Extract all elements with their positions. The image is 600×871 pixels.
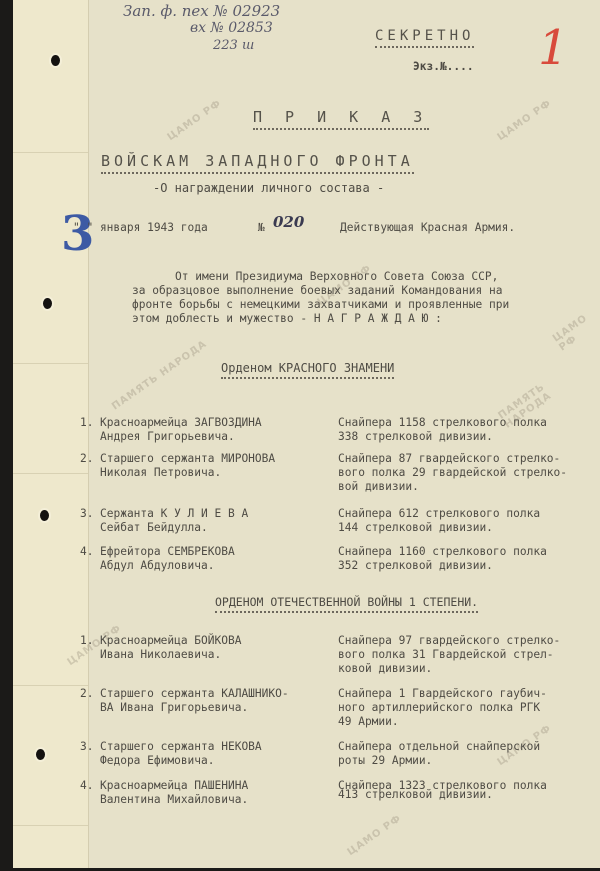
recipient-unit: 49 Армии. [338,715,399,729]
watermark: ЦАМО РФ [496,98,554,143]
order-title: П Р И К А З [253,108,429,130]
preamble-line: фронте борьбы с немецкими захватчиками и… [132,298,509,312]
classification-stamp: СЕКРЕТНО [375,28,474,48]
recipient-name: Старшего сержанта МИРОНОВА [100,452,275,466]
recipient-unit: 338 стрелковой дивизии. [338,430,493,444]
binding-hole [51,55,60,66]
entry-number: 1. [80,416,93,430]
recipient-name: Валентина Михайловича. [100,793,248,807]
page-number-red: 1 [538,20,569,76]
watermark: ЦАМО РФ [551,309,600,354]
date-text: " " января 1943 года [73,221,208,235]
entry-number: 3. [80,507,93,521]
recipient-unit: 144 стрелковой дивизии. [338,521,493,535]
recipient-unit: вой дивизии. [338,480,419,494]
recipient-unit: 413 стрелковой дивизии. [338,788,493,802]
recipient-unit: вого полка 31 Гвардейской стрел- [338,648,554,662]
watermark: ЦАМО РФ [346,813,404,858]
recipient-unit: Снайпера 612 стрелкового полка [338,507,540,521]
entry-number: 1. [80,634,93,648]
order-topic: -О награждении личного состава - [153,181,384,195]
binding-hole [43,298,52,309]
award-heading: ОРДЕНОМ ОТЕЧЕСТВЕННОЙ ВОЙНЫ 1 СТЕПЕНИ. [215,595,478,613]
recipient-unit: 352 стрелковой дивизии. [338,559,493,573]
watermark: ЦАМО РФ [166,98,224,143]
order-subtitle: ВОЙСКАМ ЗАПАДНОГО ФРОНТА [101,152,414,174]
recipient-name: Ефрейтора СЕМБРЕКОВА [100,545,235,559]
recipient-unit: Снайпера 87 гвардейского стрелко- [338,452,560,466]
recipient-unit: Снайпера отдельной снайперской [338,740,540,754]
recipient-unit: ковой дивизии. [338,662,432,676]
entry-number: 2. [80,687,93,701]
handwritten-order-number: 020 [273,213,304,231]
archive-note: 223 ш [213,38,254,53]
recipient-unit: роты 29 Армии. [338,754,432,768]
recipient-name: Красноармейца ЗАГВОЗДИНА [100,416,262,430]
fold-line [13,825,88,826]
award-heading: Орденом КРАСНОГО ЗНАМЕНИ [221,361,394,379]
preamble-line: за образцовое выполнение боевых заданий … [132,284,502,298]
recipient-unit: вого полка 29 гвардейской стрелко- [338,466,567,480]
entry-number: 3. [80,740,93,754]
recipient-name: Николая Петровича. [100,466,221,480]
recipient-name: Ивана Николаевича. [100,648,221,662]
recipient-name: Старшего сержанта КАЛАШНИКО- [100,687,289,701]
recipient-name: Абдул Абдуловича. [100,559,215,573]
preamble-line: От имени Президиума Верховного Совета Со… [175,270,498,284]
recipient-name: Сейбат Бейдулла. [100,521,208,535]
order-number-prefix: № [258,221,265,235]
fold-line [13,685,88,686]
document-page: ЦАМО РФ ЦАМО РФ ЦАМО РФ ЦАМО РФ ПАМЯТЬ Н… [13,0,600,868]
recipient-name: Красноармейца БОЙКОВА [100,634,241,648]
location-text: Действующая Красная Армия. [340,221,515,235]
recipient-unit: Снайпера 1160 стрелкового полка [338,545,547,559]
recipient-name: ВА Ивана Григорьевича. [100,701,248,715]
binding-strip [13,0,89,868]
recipient-unit: Снайпера 1158 стрелкового полка [338,416,547,430]
recipient-name: Федора Ефимовича. [100,754,215,768]
watermark: ПАМЯТЬ НАРОДА [110,339,209,413]
copy-number: Экз.№.... [413,60,474,74]
entry-number: 2. [80,452,93,466]
archive-note: Зап. ф. пех № 02923 [123,2,280,20]
recipient-unit: Снайпера 97 гвардейского стрелко- [338,634,560,648]
fold-line [13,152,88,153]
recipient-name: Старшего сержанта НЕКОВА [100,740,262,754]
recipient-unit: Снайпера 1 Гвардейского гаубич- [338,687,547,701]
recipient-unit: ного артиллерийского полка РГК [338,701,540,715]
archive-note: вх № 02853 [190,20,273,36]
recipient-name: Сержанта К У Л И Е В А [100,507,248,521]
preamble-line: этом доблесть и мужество - Н А Г Р А Ж Д… [132,312,442,326]
entry-number: 4. [80,545,93,559]
entry-number: 4. [80,779,93,793]
binding-hole [36,749,45,760]
binding-hole [40,510,49,521]
fold-line [13,363,88,364]
recipient-name: Красноармейца ПАШЕНИНА [100,779,248,793]
fold-line [13,473,88,474]
recipient-name: Андрея Григорьевича. [100,430,235,444]
